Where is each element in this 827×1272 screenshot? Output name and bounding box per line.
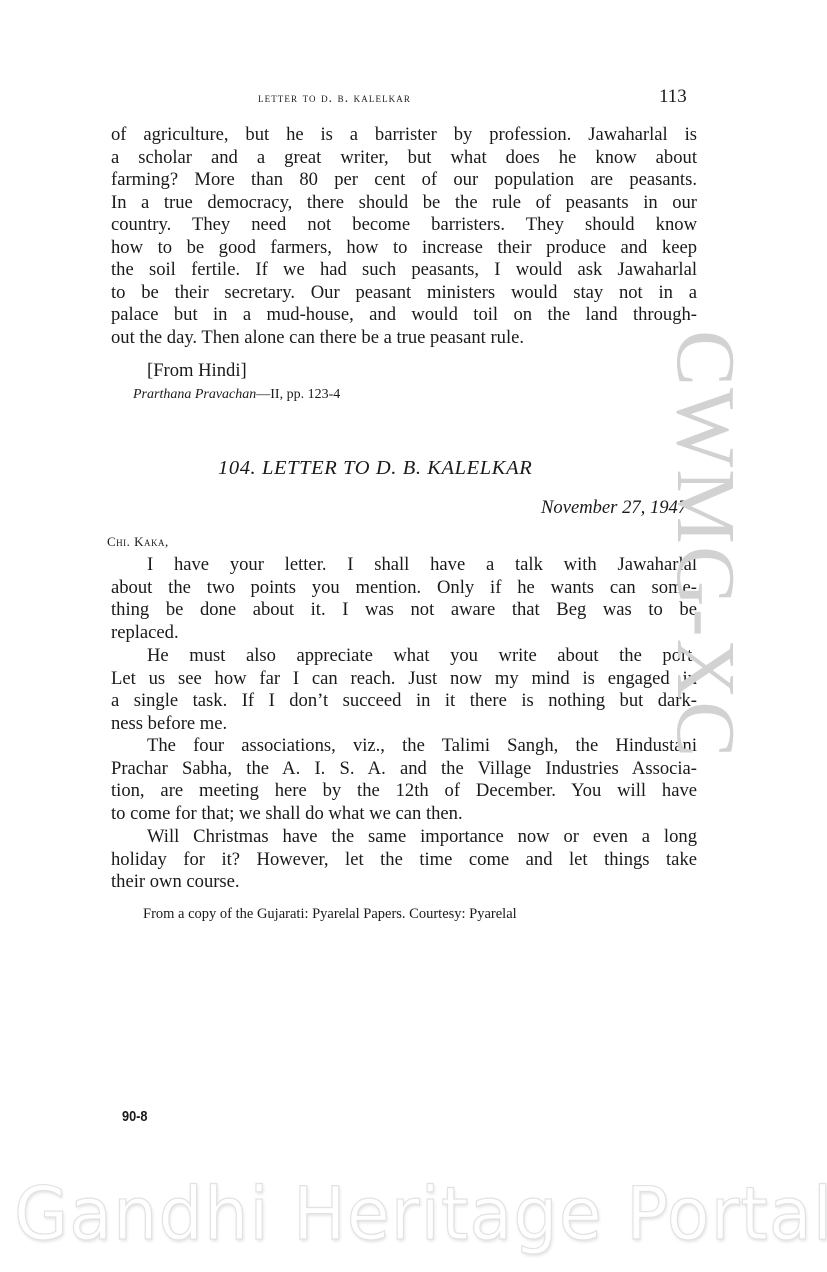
text-line: a scholar and a great writer, but what d…: [111, 147, 697, 169]
text-line: their own course.: [111, 871, 697, 893]
citation: Prarthana Pravachan—II, pp. 123-4: [133, 387, 340, 403]
text-line: Prachar Sabha, the A. I. S. A. and the V…: [111, 758, 697, 780]
text-line: holiday for it? However, let the time co…: [111, 849, 697, 871]
text-line: to be their secretary. Our peasant minis…: [111, 282, 697, 304]
source-footnote: From a copy of the Gujarati: Pyarelal Pa…: [143, 906, 517, 923]
page-number: 113: [659, 86, 687, 108]
text-line: He must also appreciate what you write a…: [147, 645, 697, 667]
text-line: out the day. Then alone can there be a t…: [111, 327, 697, 349]
text-line: a single task. If I don’t succeed in it …: [111, 690, 697, 712]
text-line: replaced.: [111, 622, 697, 644]
text-line: In a true democracy, there should be the…: [111, 192, 697, 214]
citation-pages: —II, pp. 123-4: [256, 387, 340, 402]
text-line: thing be done about it. I was not aware …: [111, 599, 697, 621]
text-line: the soil fertile. If we had such peasant…: [111, 259, 697, 281]
text-line: of agriculture, but he is a barrister by…: [111, 124, 697, 146]
text-line: ness before me.: [111, 713, 697, 735]
document-page: LETTER TO D. B. KALELKAR 113 of agricult…: [0, 0, 827, 1272]
volume-signature: 90-8: [122, 1108, 148, 1125]
citation-title: Prarthana Pravachan: [133, 387, 256, 402]
vertical-watermark: CWMG-XC: [663, 330, 747, 759]
text-line: Will Christmas have the same importance …: [147, 826, 697, 848]
running-header-title: LETTER TO D. B. KALELKAR: [258, 90, 411, 106]
text-line: how to be good farmers, how to increase …: [111, 237, 697, 259]
source-language-note: [From Hindi]: [147, 360, 247, 382]
portal-watermark: Gandhi Heritage Portal: [14, 1178, 827, 1251]
text-line: Let us see how far I can reach. Just now…: [111, 668, 697, 690]
text-line: about the two points you mention. Only i…: [111, 577, 697, 599]
text-line: to come for that; we shall do what we ca…: [111, 803, 697, 825]
text-line: palace but in a mud-house, and would toi…: [111, 304, 697, 326]
document-title: 104. LETTER TO D. B. KALELKAR: [218, 457, 532, 480]
text-line: tion, are meeting here by the 12th of De…: [111, 780, 697, 802]
text-line: country. They need not become barristers…: [111, 214, 697, 236]
salutation: Chi. Kaka,: [107, 534, 169, 550]
text-line: I have your letter. I shall have a talk …: [147, 554, 697, 576]
text-line: The four associations, viz., the Talimi …: [147, 735, 697, 757]
text-line: farming? More than 80 per cent of our po…: [111, 169, 697, 191]
